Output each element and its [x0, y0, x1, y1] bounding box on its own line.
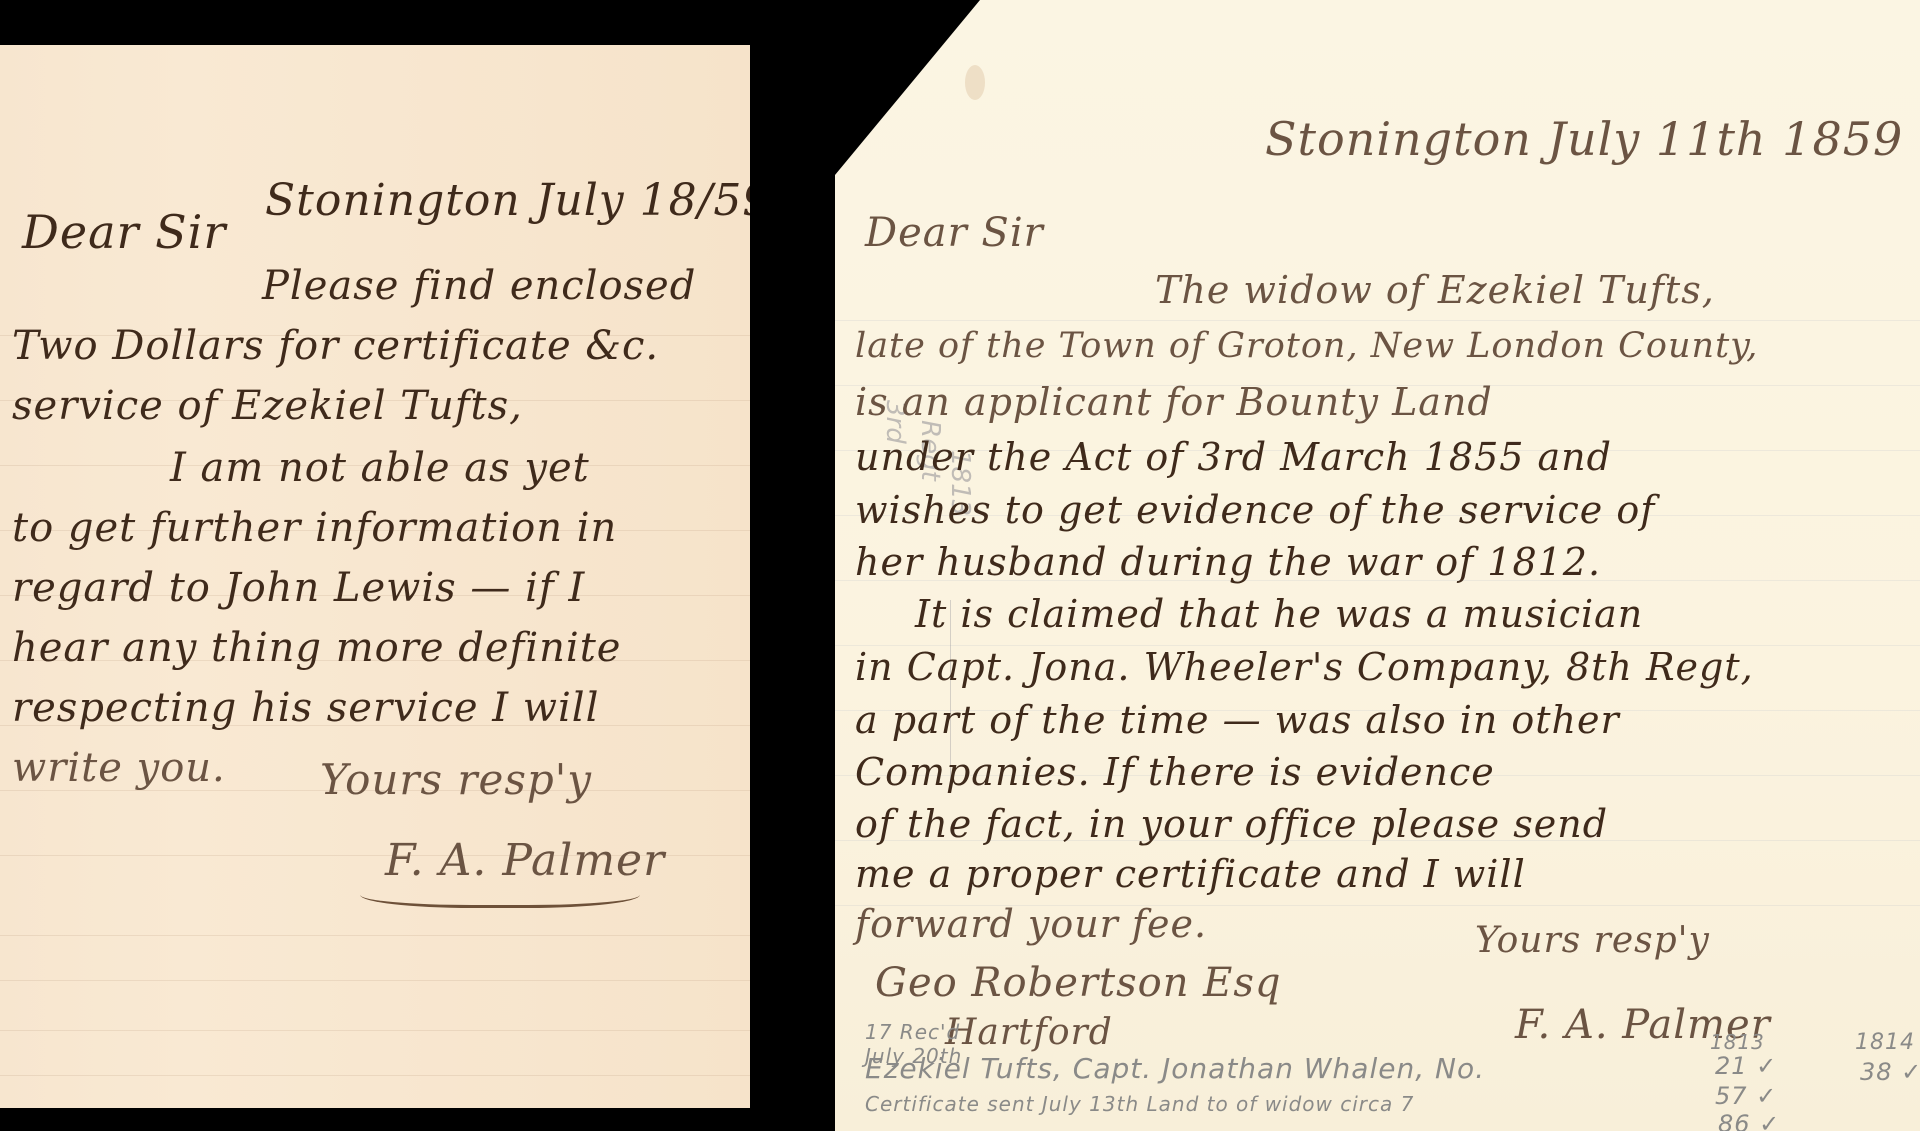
right-body-line: under the Act of 3rd March 1855 and — [855, 435, 1612, 479]
paper-stain — [965, 65, 985, 100]
pencil-received-note: 17 Rec'd — [865, 1020, 960, 1044]
right-body-line: forward your fee. — [855, 902, 1207, 946]
right-body-line: a part of the time — was also in other — [855, 698, 1620, 742]
right-body-line: It is claimed that he was a musician — [915, 592, 1643, 636]
roll-number-1814: 38 ✓ — [1860, 1058, 1920, 1086]
right-dateline: Stonington July 11th 1859 — [1265, 112, 1903, 166]
year-1813: 1813 — [1710, 1030, 1765, 1054]
roll-number-1813: 21 ✓ — [1715, 1052, 1777, 1080]
right-body-line: late of the Town of Groton, New London C… — [855, 326, 1758, 366]
addressee-name: Geo Robertson Esq — [875, 960, 1282, 1006]
left-body-line: Two Dollars for certificate &c. — [12, 323, 659, 369]
left-body-line: service of Ezekiel Tufts, — [12, 383, 523, 429]
ruled-line — [0, 1075, 750, 1076]
right-body-line: The widow of Ezekiel Tufts, — [1155, 268, 1715, 312]
left-body-line: Please find enclosed — [262, 263, 696, 309]
left-body-line: regard to John Lewis — if I — [12, 565, 585, 611]
right-closing: Yours resp'y — [1475, 920, 1710, 961]
addressee-city: Hartford — [945, 1012, 1113, 1053]
letter-right-page: 3rd Regt 1813 Stonington July 11th 1859 … — [835, 0, 1920, 1131]
right-body-line: is an applicant for Bounty Land — [855, 380, 1493, 424]
ruled-line — [0, 980, 750, 981]
left-body-line: I am not able as yet — [170, 445, 590, 491]
right-body-line: me a proper certificate and I will — [855, 852, 1526, 896]
roll-number-1813: 86 ✓ — [1718, 1110, 1780, 1131]
ruled-line — [835, 320, 1920, 321]
left-body-line: hear any thing more definite — [12, 625, 621, 671]
ruled-line — [0, 935, 750, 936]
left-body-line: write you. — [12, 745, 226, 791]
left-salutation: Dear Sir — [22, 205, 226, 259]
signature-flourish — [360, 875, 640, 908]
right-body-line: in Capt. Jona. Wheeler's Company, 8th Re… — [855, 645, 1754, 689]
pencil-certificate-line: Certificate sent July 13th Land to of wi… — [865, 1092, 1414, 1116]
left-body-line: to get further information in — [12, 505, 617, 551]
roll-number-1813: 57 ✓ — [1715, 1082, 1777, 1110]
letter-left-page: Stonington July 18/59 Dear Sir Please fi… — [0, 45, 750, 1108]
pencil-record-line: Ezekiel Tufts, Capt. Jonathan Whalen, No… — [865, 1052, 1485, 1085]
right-salutation: Dear Sir — [865, 210, 1044, 256]
year-1814: 1814 — [1855, 1030, 1915, 1055]
left-closing: Yours resp'y — [320, 755, 592, 804]
left-dateline: Stonington July 18/59 — [265, 175, 750, 226]
ruled-line — [0, 1030, 750, 1031]
right-body-line: her husband during the war of 1812. — [855, 540, 1601, 584]
right-body-line: of the fact, in your office please send — [855, 802, 1608, 846]
left-body-line: respecting his service I will — [12, 685, 599, 731]
right-body-line: Companies. If there is evidence — [855, 750, 1495, 794]
right-body-line: wishes to get evidence of the service of — [855, 488, 1655, 532]
